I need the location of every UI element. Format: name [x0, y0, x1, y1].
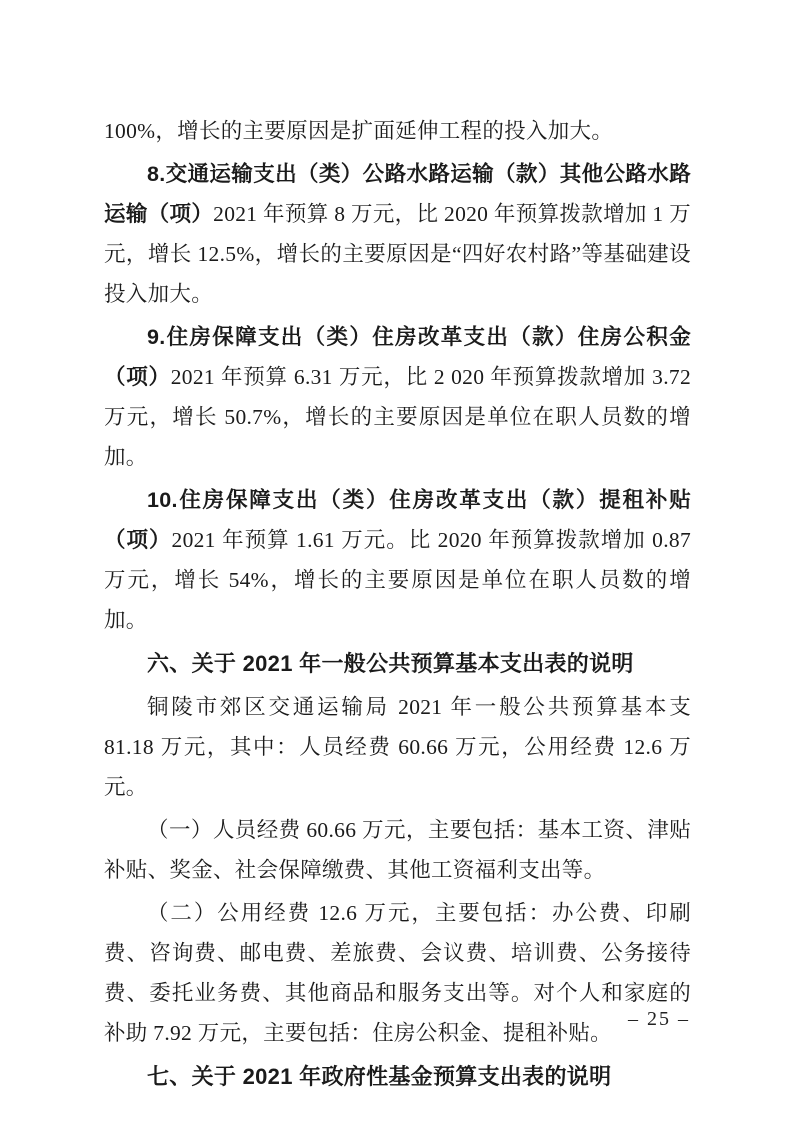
paragraph-item-9: 9.住房保障支出（类）住房改革支出（款）住房公积金（项）2021 年预算 6.3…: [104, 317, 691, 477]
paragraph-item-10: 10.住房保障支出（类）住房改革支出（款）提租补贴（项）2021 年预算 1.6…: [104, 480, 691, 640]
section-heading-seven: 七、关于 2021 年政府性基金预算支出表的说明: [104, 1057, 691, 1097]
document-page: 100%，增长的主要原因是扩面延伸工程的投入加大。 8.交通运输支出（类）公路水…: [0, 0, 793, 1122]
section-heading-six: 六、关于 2021 年一般公共预算基本支出表的说明: [104, 644, 691, 684]
paragraph-continuation: 100%，增长的主要原因是扩面延伸工程的投入加大。: [104, 111, 691, 151]
page-number: – 25 –: [628, 1008, 690, 1030]
section-heading-text: 六、关于 2021 年一般公共预算基本支出表的说明: [147, 651, 634, 676]
paragraph-text: 铜陵市郊区交通运输局 2021 年一般公共预算基本支 81.18 万元，其中：人…: [104, 695, 691, 799]
paragraph-text: 2021 年预算 6.31 万元，比 2 020 年预算拨款增加 3.72 万元…: [104, 365, 691, 469]
paragraph-text: 100%，增长的主要原因是扩面延伸工程的投入加大。: [104, 119, 613, 143]
paragraph-text: 2021 年预算 1.61 万元。比 2020 年预算拨款增加 0.87 万元，…: [104, 528, 691, 632]
paragraph-basic-expenditure: 铜陵市郊区交通运输局 2021 年一般公共预算基本支 81.18 万元，其中：人…: [104, 687, 691, 807]
paragraph-personnel-funds: （一）人员经费 60.66 万元，主要包括：基本工资、津贴补贴、奖金、社会保障缴…: [104, 810, 691, 890]
paragraph-item-8: 8.交通运输支出（类）公路水路运输（款）其他公路水路运输（项）2021 年预算 …: [104, 154, 691, 314]
document-body: 100%，增长的主要原因是扩面延伸工程的投入加大。 8.交通运输支出（类）公路水…: [104, 111, 691, 1097]
section-heading-text: 七、关于 2021 年政府性基金预算支出表的说明: [147, 1064, 611, 1089]
paragraph-text: （一）人员经费 60.66 万元，主要包括：基本工资、津贴补贴、奖金、社会保障缴…: [104, 818, 691, 882]
page-footer: – 25 –: [490, 1008, 690, 1031]
